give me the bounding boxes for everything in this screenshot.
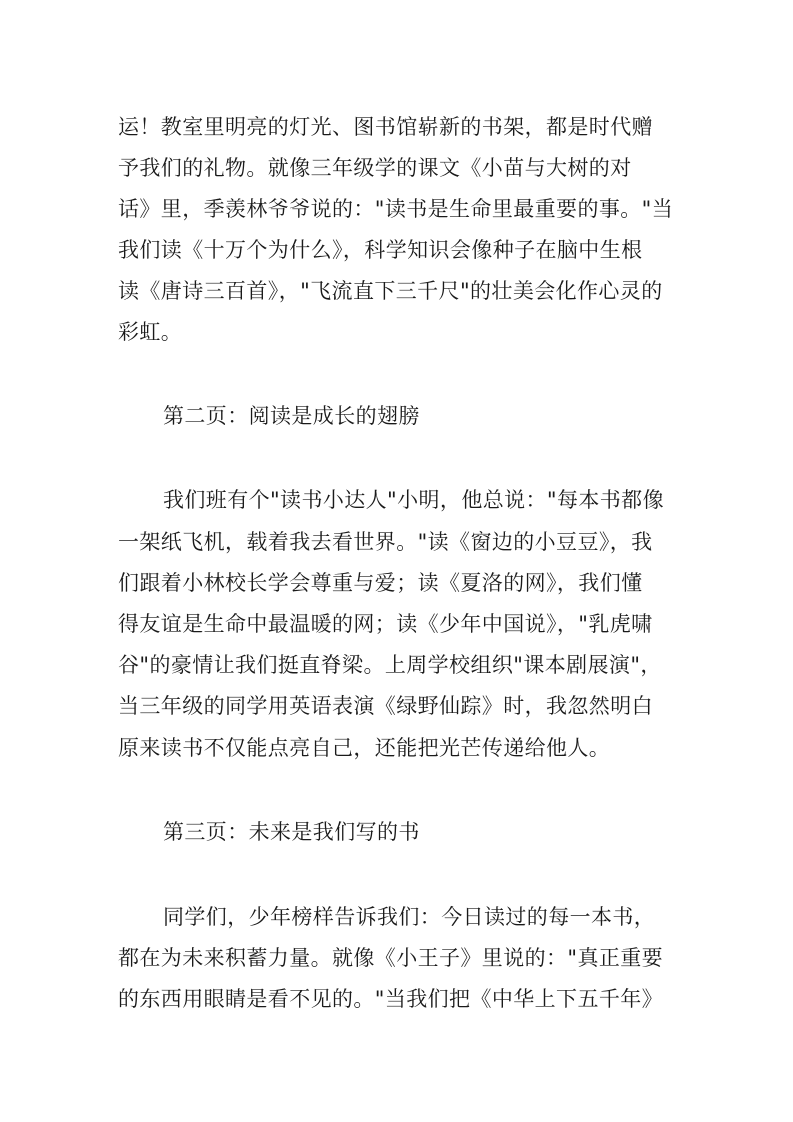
text-line: 原来读书不仅能点亮自己，还能把光芒传递给他人。 bbox=[118, 733, 678, 763]
text-line: 一架纸飞机，载着我去看世界。"读《窗边的小豆豆》，我 bbox=[118, 527, 678, 557]
text-line: 彩虹。 bbox=[118, 317, 678, 347]
document-page: 运！教室里明亮的灯光、图书馆崭新的书架，都是时代赠 予我们的礼物。就像三年级学的… bbox=[0, 0, 793, 1122]
text-line: 运！教室里明亮的灯光、图书馆崭新的书架，都是时代赠 bbox=[118, 112, 678, 142]
text-line: 得友谊是生命中最温暖的网；读《少年中国说》，"乳虎啸 bbox=[118, 609, 678, 639]
text-line: 予我们的礼物。就像三年级学的课文《小苗与大树的对 bbox=[118, 153, 678, 183]
text-line: 谷"的豪情让我们挺直脊梁。上周学校组织"课本剧展演"， bbox=[118, 650, 678, 680]
text-line: 我们班有个"读书小达人"小明，他总说："每本书都像 bbox=[163, 485, 678, 515]
text-line: 话》里，季羡林爷爷说的："读书是生命里最重要的事。"当 bbox=[118, 194, 678, 224]
text-line: 的东西用眼睛是看不见的。"当我们把《中华上下五千年》 bbox=[118, 984, 678, 1014]
text-line: 都在为未来积蓄力量。就像《小王子》里说的："真正重要 bbox=[118, 943, 678, 973]
text-line: 读《唐诗三百首》，"飞流直下三千尺"的壮美会化作心灵的 bbox=[118, 276, 678, 306]
text-line: 我们读《十万个为什么》，科学知识会像种子在脑中生根 bbox=[118, 235, 678, 265]
text-line: 同学们，少年榜样告诉我们：今日读过的每一本书， bbox=[163, 902, 678, 932]
text-line: 们跟着小林校长学会尊重与爱；读《夏洛的网》，我们懂 bbox=[118, 568, 678, 598]
section-heading-page2: 第二页：阅读是成长的翅膀 bbox=[163, 401, 723, 431]
text-line: 当三年级的同学用英语表演《绿野仙踪》时，我忽然明白 bbox=[118, 691, 678, 721]
section-heading-page3: 第三页：未来是我们写的书 bbox=[163, 817, 723, 847]
